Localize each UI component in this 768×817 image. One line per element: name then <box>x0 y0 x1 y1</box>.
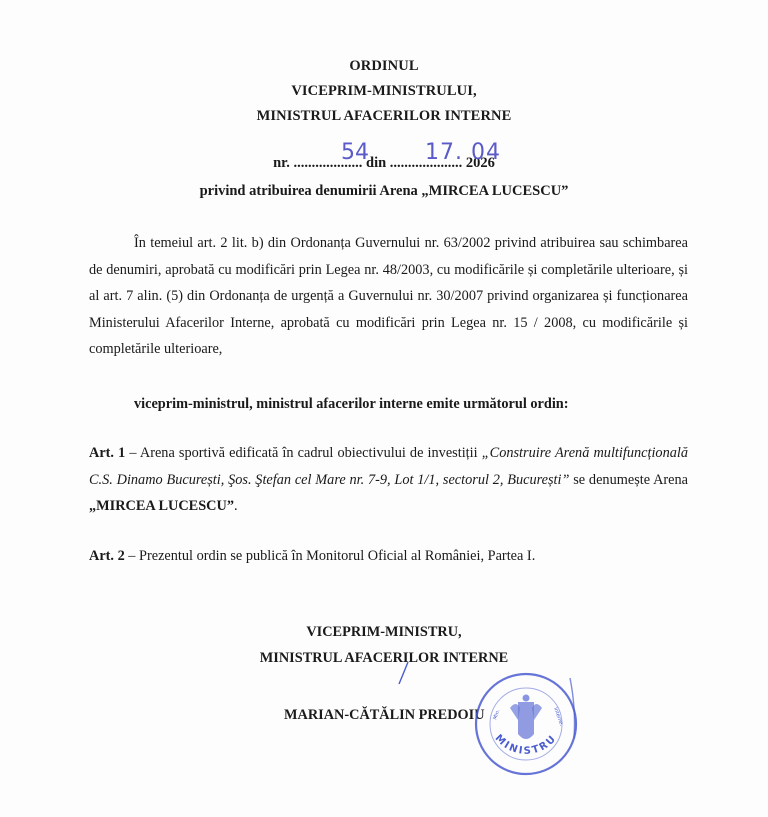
title-issuer: VICEPRIM-MINISTRULUI, <box>0 83 768 100</box>
svg-text:Min.: Min. <box>492 708 501 720</box>
title-ordinul: ORDINUL <box>0 58 768 75</box>
article-1: Art. 1 – Arena sportivă edificată în cad… <box>89 440 688 520</box>
svg-text:Interne.: Interne. <box>552 707 564 728</box>
article-1-text-2: se denumește Arena <box>569 472 688 488</box>
title-ministry: MINISTRUL AFACERILOR INTERNE <box>0 108 768 125</box>
official-stamp-icon: MINISTRU Min. Interne. <box>470 668 582 780</box>
order-number-line: nr. ................... din ............… <box>0 155 768 172</box>
handwritten-date: 17. 04 <box>425 140 501 165</box>
article-2-label: Art. 2 <box>89 548 125 564</box>
signature-title-2: MINISTRUL AFACERILOR INTERNE <box>0 650 768 667</box>
handwritten-order-number: 54 <box>341 140 369 165</box>
signature-stroke-icon <box>396 660 410 686</box>
din-label: din <box>366 155 386 171</box>
document-page: ORDINUL VICEPRIM-MINISTRULUI, MINISTRUL … <box>0 0 768 817</box>
signatory-name: MARIAN-CĂTĂLIN PREDOIU <box>284 707 485 724</box>
article-1-text: – Arena sportivă edificată în cadrul obi… <box>125 445 481 461</box>
article-2-text: – Prezentul ordin se publică în Monitoru… <box>125 548 536 564</box>
article-1-arena-name: „MIRCEA LUCESCU” <box>89 498 234 514</box>
article-1-label: Art. 1 <box>89 445 125 461</box>
article-2: Art. 2 – Prezentul ordin se publică în M… <box>89 543 688 570</box>
article-1-end: . <box>234 498 238 514</box>
preamble-paragraph: În temeiul art. 2 lit. b) din Ordonanța … <box>89 230 688 363</box>
order-subject: privind atribuirea denumirii Arena „MIRC… <box>0 183 768 200</box>
emits-statement: viceprim-ministrul, ministrul afacerilor… <box>134 396 569 413</box>
signature-title-1: VICEPRIM-MINISTRU, <box>0 624 768 641</box>
nr-label: nr. <box>273 155 290 171</box>
